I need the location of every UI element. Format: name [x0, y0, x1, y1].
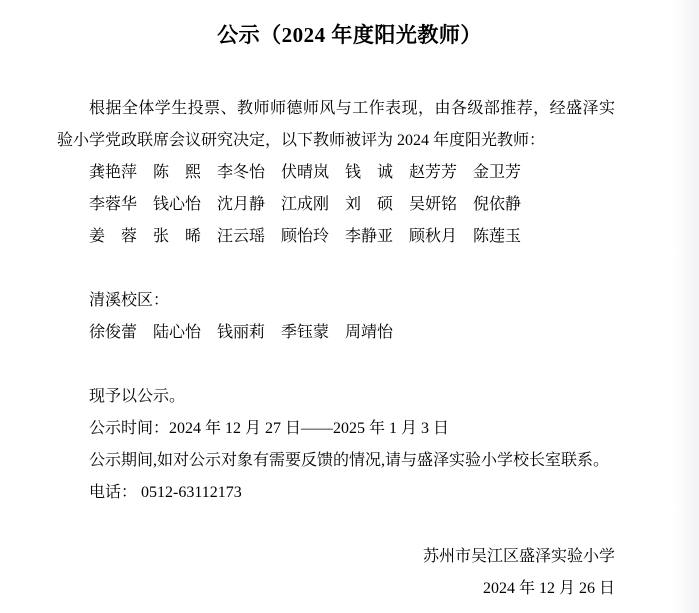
teacher-names-row-3: 姜 蓉 张 晞 汪云瑶 顾怡玲 李静亚 顾秋月 陈莲玉 [57, 221, 615, 253]
phone-line: 电话： 0512-63112173 [57, 477, 615, 509]
signature-date: 2024 年 12 月 26 日 [57, 573, 615, 605]
qingxi-campus-heading: 清溪校区： [57, 285, 615, 317]
announce-line: 现予以公示。 [57, 381, 615, 413]
intro-paragraph: 根据全体学生投票、教师师德师风与工作表现，由各级部推荐，经盛泽实验小学党政联席会… [57, 93, 615, 157]
teacher-names-row-2: 李蓉华 钱心怡 沈月静 江成刚 刘 硕 吴妍铭 倪依静 [57, 189, 615, 221]
teacher-names-row-1: 龚艳萍 陈 熙 李冬怡 伏晴岚 钱 诚 赵芳芳 金卫芳 [57, 157, 615, 189]
document-title: 公示（2024 年度阳光教师） [0, 14, 699, 48]
signature-block: 苏州市吴江区盛泽实验小学 2024 年 12 月 26 日 [57, 541, 615, 605]
signature-school-name: 苏州市吴江区盛泽实验小学 [57, 541, 615, 573]
feedback-instruction-line: 公示期间,如对公示对象有需要反馈的情况,请与盛泽实验小学校长室联系。 [57, 445, 615, 477]
announcement-document: 公示（2024 年度阳光教师） 根据全体学生投票、教师师德师风与工作表现，由各级… [0, 0, 699, 613]
qingxi-teacher-names-row: 徐俊蕾 陆心怡 钱丽莉 季钰蒙 周靖怡 [57, 317, 615, 349]
publicity-period-line: 公示时间：2024 年 12 月 27 日——2025 年 1 月 3 日 [57, 413, 615, 445]
document-body: 根据全体学生投票、教师师德师风与工作表现，由各级部推荐，经盛泽实验小学党政联席会… [0, 93, 699, 605]
